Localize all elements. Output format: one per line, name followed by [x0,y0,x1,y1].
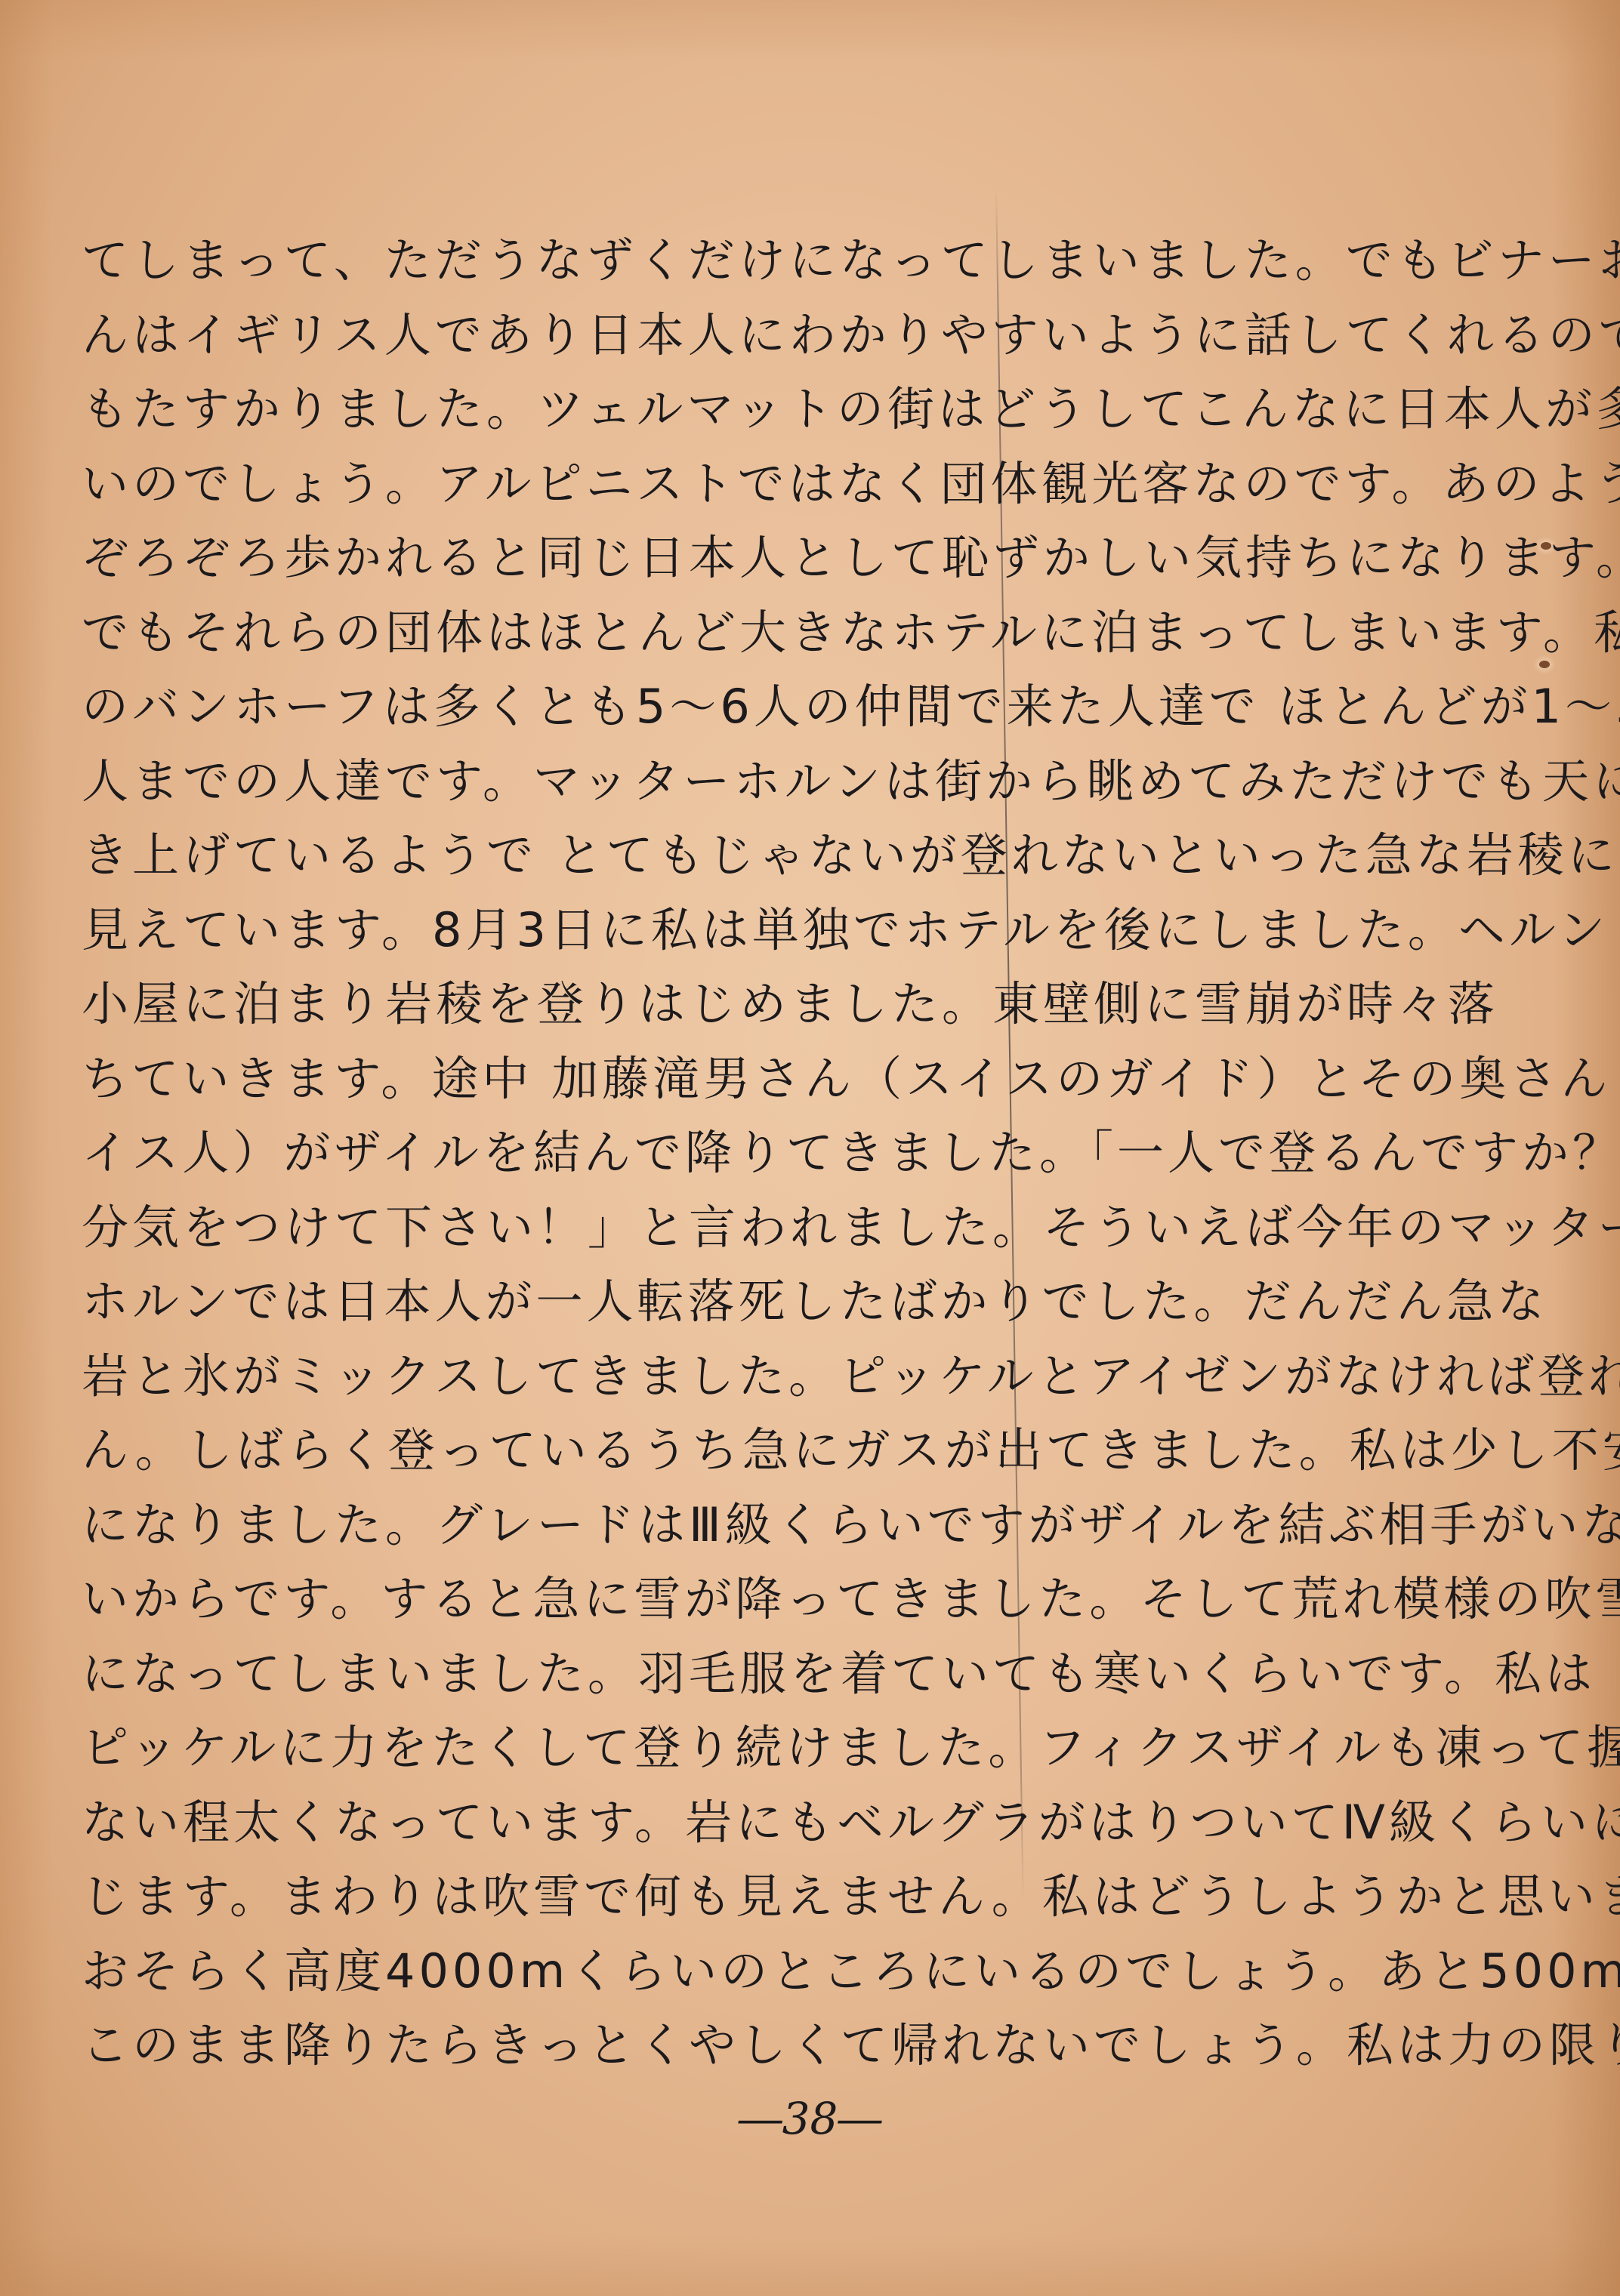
text-line: いのでしょう。アルピニストではなく団体観光客なのです。あのように [82,447,1501,522]
text-line: イス人）がザイルを結んで降りてきました。「一人で登るんですか？十 [82,1116,1501,1191]
text-line: もたすかりました。ツェルマットの街はどうしてこんなに日本人が多 [82,372,1501,447]
body-text: てしまって、ただうなずくだけになってしまいました。でもビナーおばさ んはイギリス… [82,223,1501,2083]
text-line: でもそれらの団体はほとんど大きなホテルに泊まってしまいます。私 [82,596,1501,670]
text-line: おそらく高度4000mくらいのところにいるのでしょう。あと500mです。 [82,1934,1501,2009]
text-line: このまま降りたらきっとくやしくて帰れないでしょう。私は力の限り登ることに [82,2008,1501,2083]
text-line: ん。しばらく登っているうち急にガスが出てきました。私は少し不安 [82,1413,1501,1488]
text-line: じます。まわりは吹雪で何も見えません。私はどうしようかと思いました。 [82,1860,1501,1934]
text-line: 岩と氷がミックスしてきました。ピッケルとアイゼンがなければ登れませ [82,1339,1501,1414]
text-line: いからです。すると急に雪が降ってきました。そして荒れ模様の吹雪 [82,1562,1501,1637]
text-line: き上げているようで とてもじゃないが登れないといった急な岩稜に [82,818,1501,893]
handwritten-page: てしまって、ただうなずくだけになってしまいました。でもビナーおばさ んはイギリス… [0,0,1620,2296]
text-line: てしまって、ただうなずくだけになってしまいました。でもビナーおばさ [82,223,1501,298]
text-line: 分気をつけて下さい！」と言われました。そういえば今年のマッター [82,1191,1501,1265]
text-line: ホルンでは日本人が一人転落死したばかりでした。だんだん急な [82,1265,1501,1339]
text-line: ちていきます。途中 加藤滝男さん（スイスのガイド）とその奥さん（ス [82,1042,1501,1117]
text-line: になりました。グレードはⅢ級くらいですがザイルを結ぶ相手がいな [82,1488,1501,1563]
text-line: 小屋に泊まり岩稜を登りはじめました。東壁側に雪崩が時々落 [82,967,1501,1042]
text-line: 見えています。8月3日に私は単独でホテルを後にしました。ヘルンリ [82,893,1501,968]
page-number: ―38― [0,2093,1620,2144]
binding-hole [1539,661,1550,668]
text-line: ピッケルに力をたくして登り続けました。フィクスザイルも凍って握れ [82,1711,1501,1786]
text-line: のバンホーフは多くとも5～6人の仲間で来た人達で ほとんどが1～3 [82,670,1501,744]
text-line: になってしまいました。羽毛服を着ていても寒いくらいです。私は [82,1637,1501,1712]
text-line: んはイギリス人であり日本人にわかりやすいように話してくれるのでとて [82,298,1501,373]
text-line: ない程太くなっています。岩にもベルグラがはりついてⅣ級くらいに感 [82,1786,1501,1860]
text-line: ぞろぞろ歩かれると同じ日本人として恥ずかしい気持ちになります。 [82,521,1501,596]
text-line: 人までの人達です。マッターホルンは街から眺めてみただけでも天に突 [82,744,1501,819]
